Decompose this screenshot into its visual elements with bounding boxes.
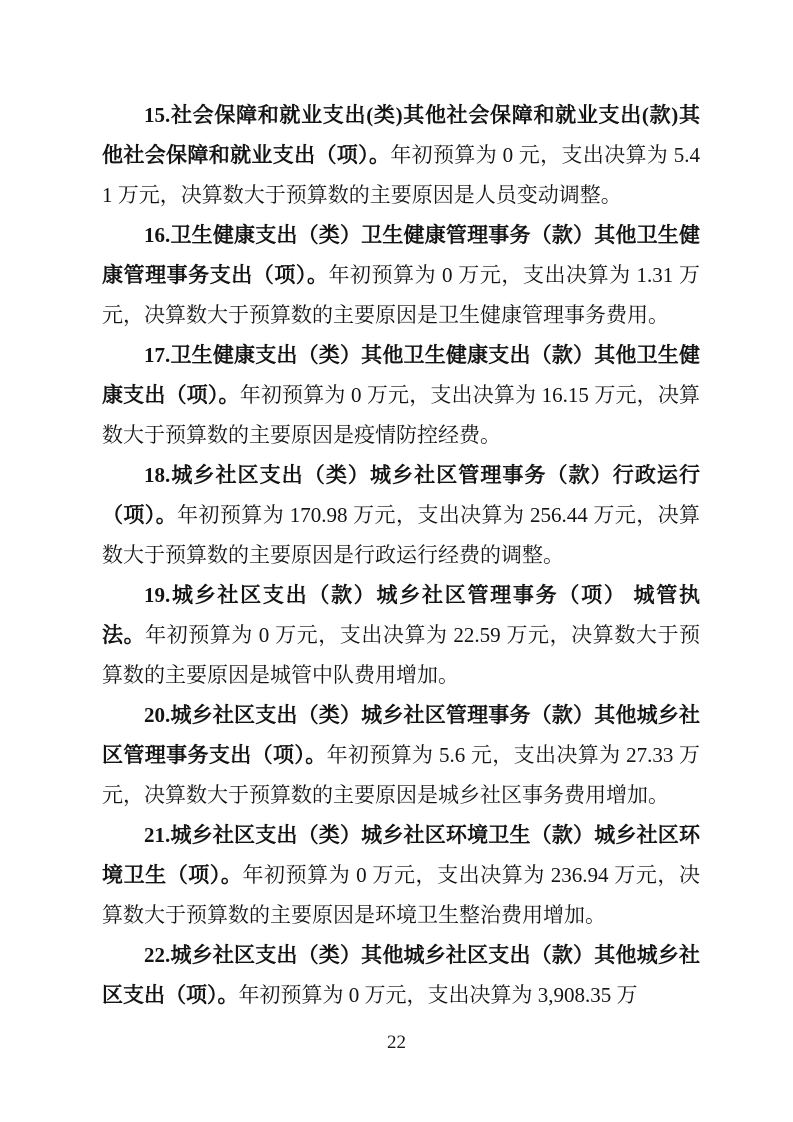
paragraph-15: 15.社会保障和就业支出(类)其他社会保障和就业支出(款)其他社会保障和就业支出… bbox=[102, 95, 700, 215]
paragraph-19-body: 年初预算为 0 万元，支出决算为 22.59 万元，决算数大于预算数的主要原因是… bbox=[102, 623, 700, 687]
paragraph-17: 17.卫生健康支出（类）其他卫生健康支出（款）其他卫生健康支出（项）。年初预算为… bbox=[102, 335, 700, 455]
document-text-block: 15.社会保障和就业支出(类)其他社会保障和就业支出(款)其他社会保障和就业支出… bbox=[102, 95, 700, 1015]
paragraph-18: 18.城乡社区支出（类）城乡社区管理事务（款）行政运行（项）。年初预算为 170… bbox=[102, 455, 700, 575]
paragraph-21: 21.城乡社区支出（类）城乡社区环境卫生（款）城乡社区环境卫生（项）。年初预算为… bbox=[102, 815, 700, 935]
paragraph-22-body: 年初预算为 0 万元，支出决算为 3,908.35 万 bbox=[239, 983, 638, 1007]
paragraph-19: 19.城乡社区支出（款）城乡社区管理事务（项） 城管执法。年初预算为 0 万元，… bbox=[102, 575, 700, 695]
paragraph-20: 20.城乡社区支出（类）城乡社区管理事务（款）其他城乡社区管理事务支出（项）。年… bbox=[102, 695, 700, 815]
paragraph-16: 16.卫生健康支出（类）卫生健康管理事务（款）其他卫生健康管理事务支出（项）。年… bbox=[102, 215, 700, 335]
paragraph-22: 22.城乡社区支出（类）其他城乡社区支出（款）其他城乡社区支出（项）。年初预算为… bbox=[102, 935, 700, 1015]
paragraph-18-body: 年初预算为 170.98 万元，支出决算为 256.44 万元，决算数大于预算数… bbox=[102, 503, 700, 567]
page-number: 22 bbox=[0, 1031, 793, 1055]
